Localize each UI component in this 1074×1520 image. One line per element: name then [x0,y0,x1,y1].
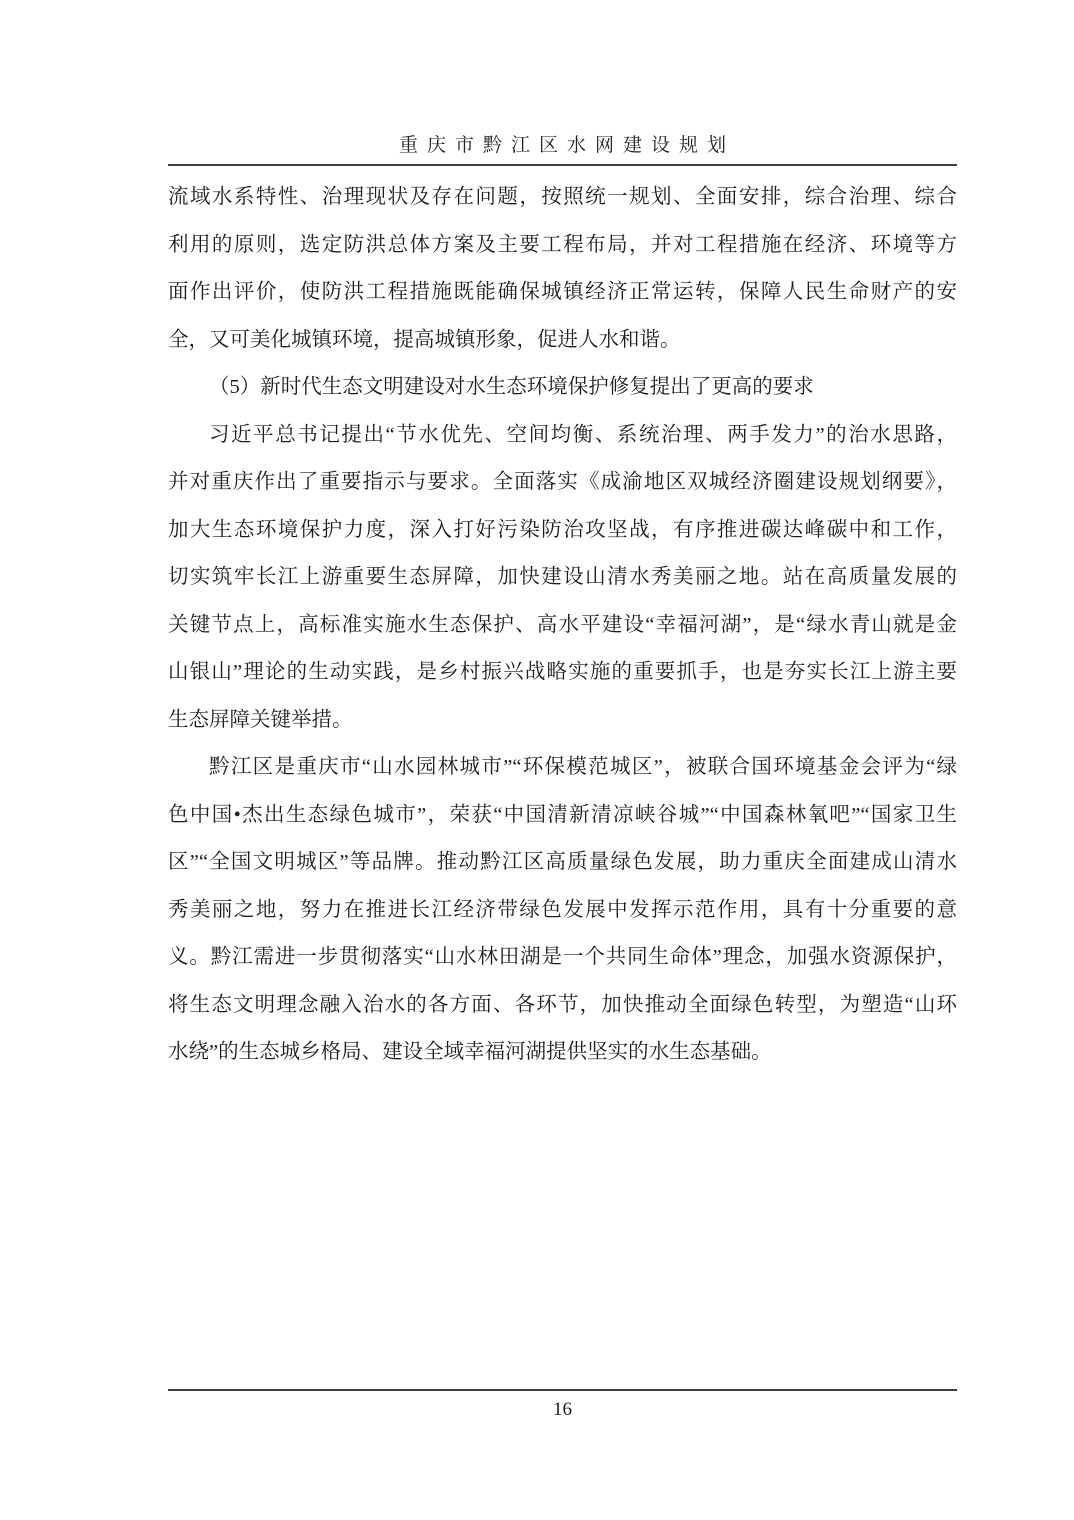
body-text-line: 黔江区是重庆市“山水园林城市”“环保模范城区”，被联合国环境基金会评为“绿 [168,744,957,792]
body-text-line: 并对重庆作出了重要指示与要求。全面落实《成渝地区双城经济圈建设规划纲要》， [168,459,957,507]
body-text-line: 切实筑牢长江上游重要生态屏障，加快建设山清水秀美丽之地。站在高质量发展的 [168,554,957,602]
body-text-line: 将生态文明理念融入治水的各方面、各环节，加快推动全面绿色转型，为塑造“山环 [168,982,957,1030]
body-text-line: 加大生态环境保护力度，深入打好污染防治攻坚战，有序推进碳达峰碳中和工作， [168,507,957,555]
body-text-line: 全，又可美化城镇环境，提高城镇形象，促进人水和谐。 [168,317,957,365]
body-text-line: 秀美丽之地，努力在推进长江经济带绿色发展中发挥示范作用，具有十分重要的意 [168,887,957,935]
body-text-line: 水绕”的生态城乡格局、建设全域幸福河湖提供坚实的水生态基础。 [168,1029,957,1077]
body-text-line: 色中国•杰出生态绿色城市”，荣获“中国清新清凉峡谷城”“中国森林氧吧”“国家卫生 [168,792,957,840]
body-text-line: 山银山”理论的生动实践，是乡村振兴战略实施的重要抓手，也是夯实长江上游主要 [168,649,957,697]
body-text-line: 流域水系特性、治理现状及存在问题，按照统一规划、全面安排，综合治理、综合 [168,174,957,222]
body-text-line: 生态屏障关键举措。 [168,697,957,745]
footer-divider [168,1389,957,1391]
body-text-line: 面作出评价，使防洪工程措施既能确保城镇经济正常运转，保障人民生命财产的安 [168,269,957,317]
document-page: 重庆市黔江区水网建设规划 流域水系特性、治理现状及存在问题，按照统一规划、全面安… [0,0,1074,1520]
body-text-line: 区”“全国文明城区”等品牌。推动黔江区高质量绿色发展，助力重庆全面建成山清水 [168,839,957,887]
section-heading-line: （5）新时代生态文明建设对水生态环境保护修复提出了更高的要求 [168,364,957,412]
page-header-title: 重庆市黔江区水网建设规划 [168,130,957,157]
body-text-line: 关键节点上，高标准实施水生态保护、高水平建设“幸福河湖”，是“绿水青山就是金 [168,602,957,650]
header-divider [168,164,957,166]
document-body: 流域水系特性、治理现状及存在问题，按照统一规划、全面安排，综合治理、综合 利用的… [168,174,957,1077]
body-text-line: 习近平总书记提出“节水优先、空间均衡、系统治理、两手发力”的治水思路， [168,412,957,460]
body-text-line: 义。黔江需进一步贯彻落实“山水林田湖是一个共同生命体”理念，加强水资源保护， [168,934,957,982]
page-number: 16 [168,1399,957,1421]
body-text-line: 利用的原则，选定防洪总体方案及主要工程布局，并对工程措施在经济、环境等方 [168,222,957,270]
